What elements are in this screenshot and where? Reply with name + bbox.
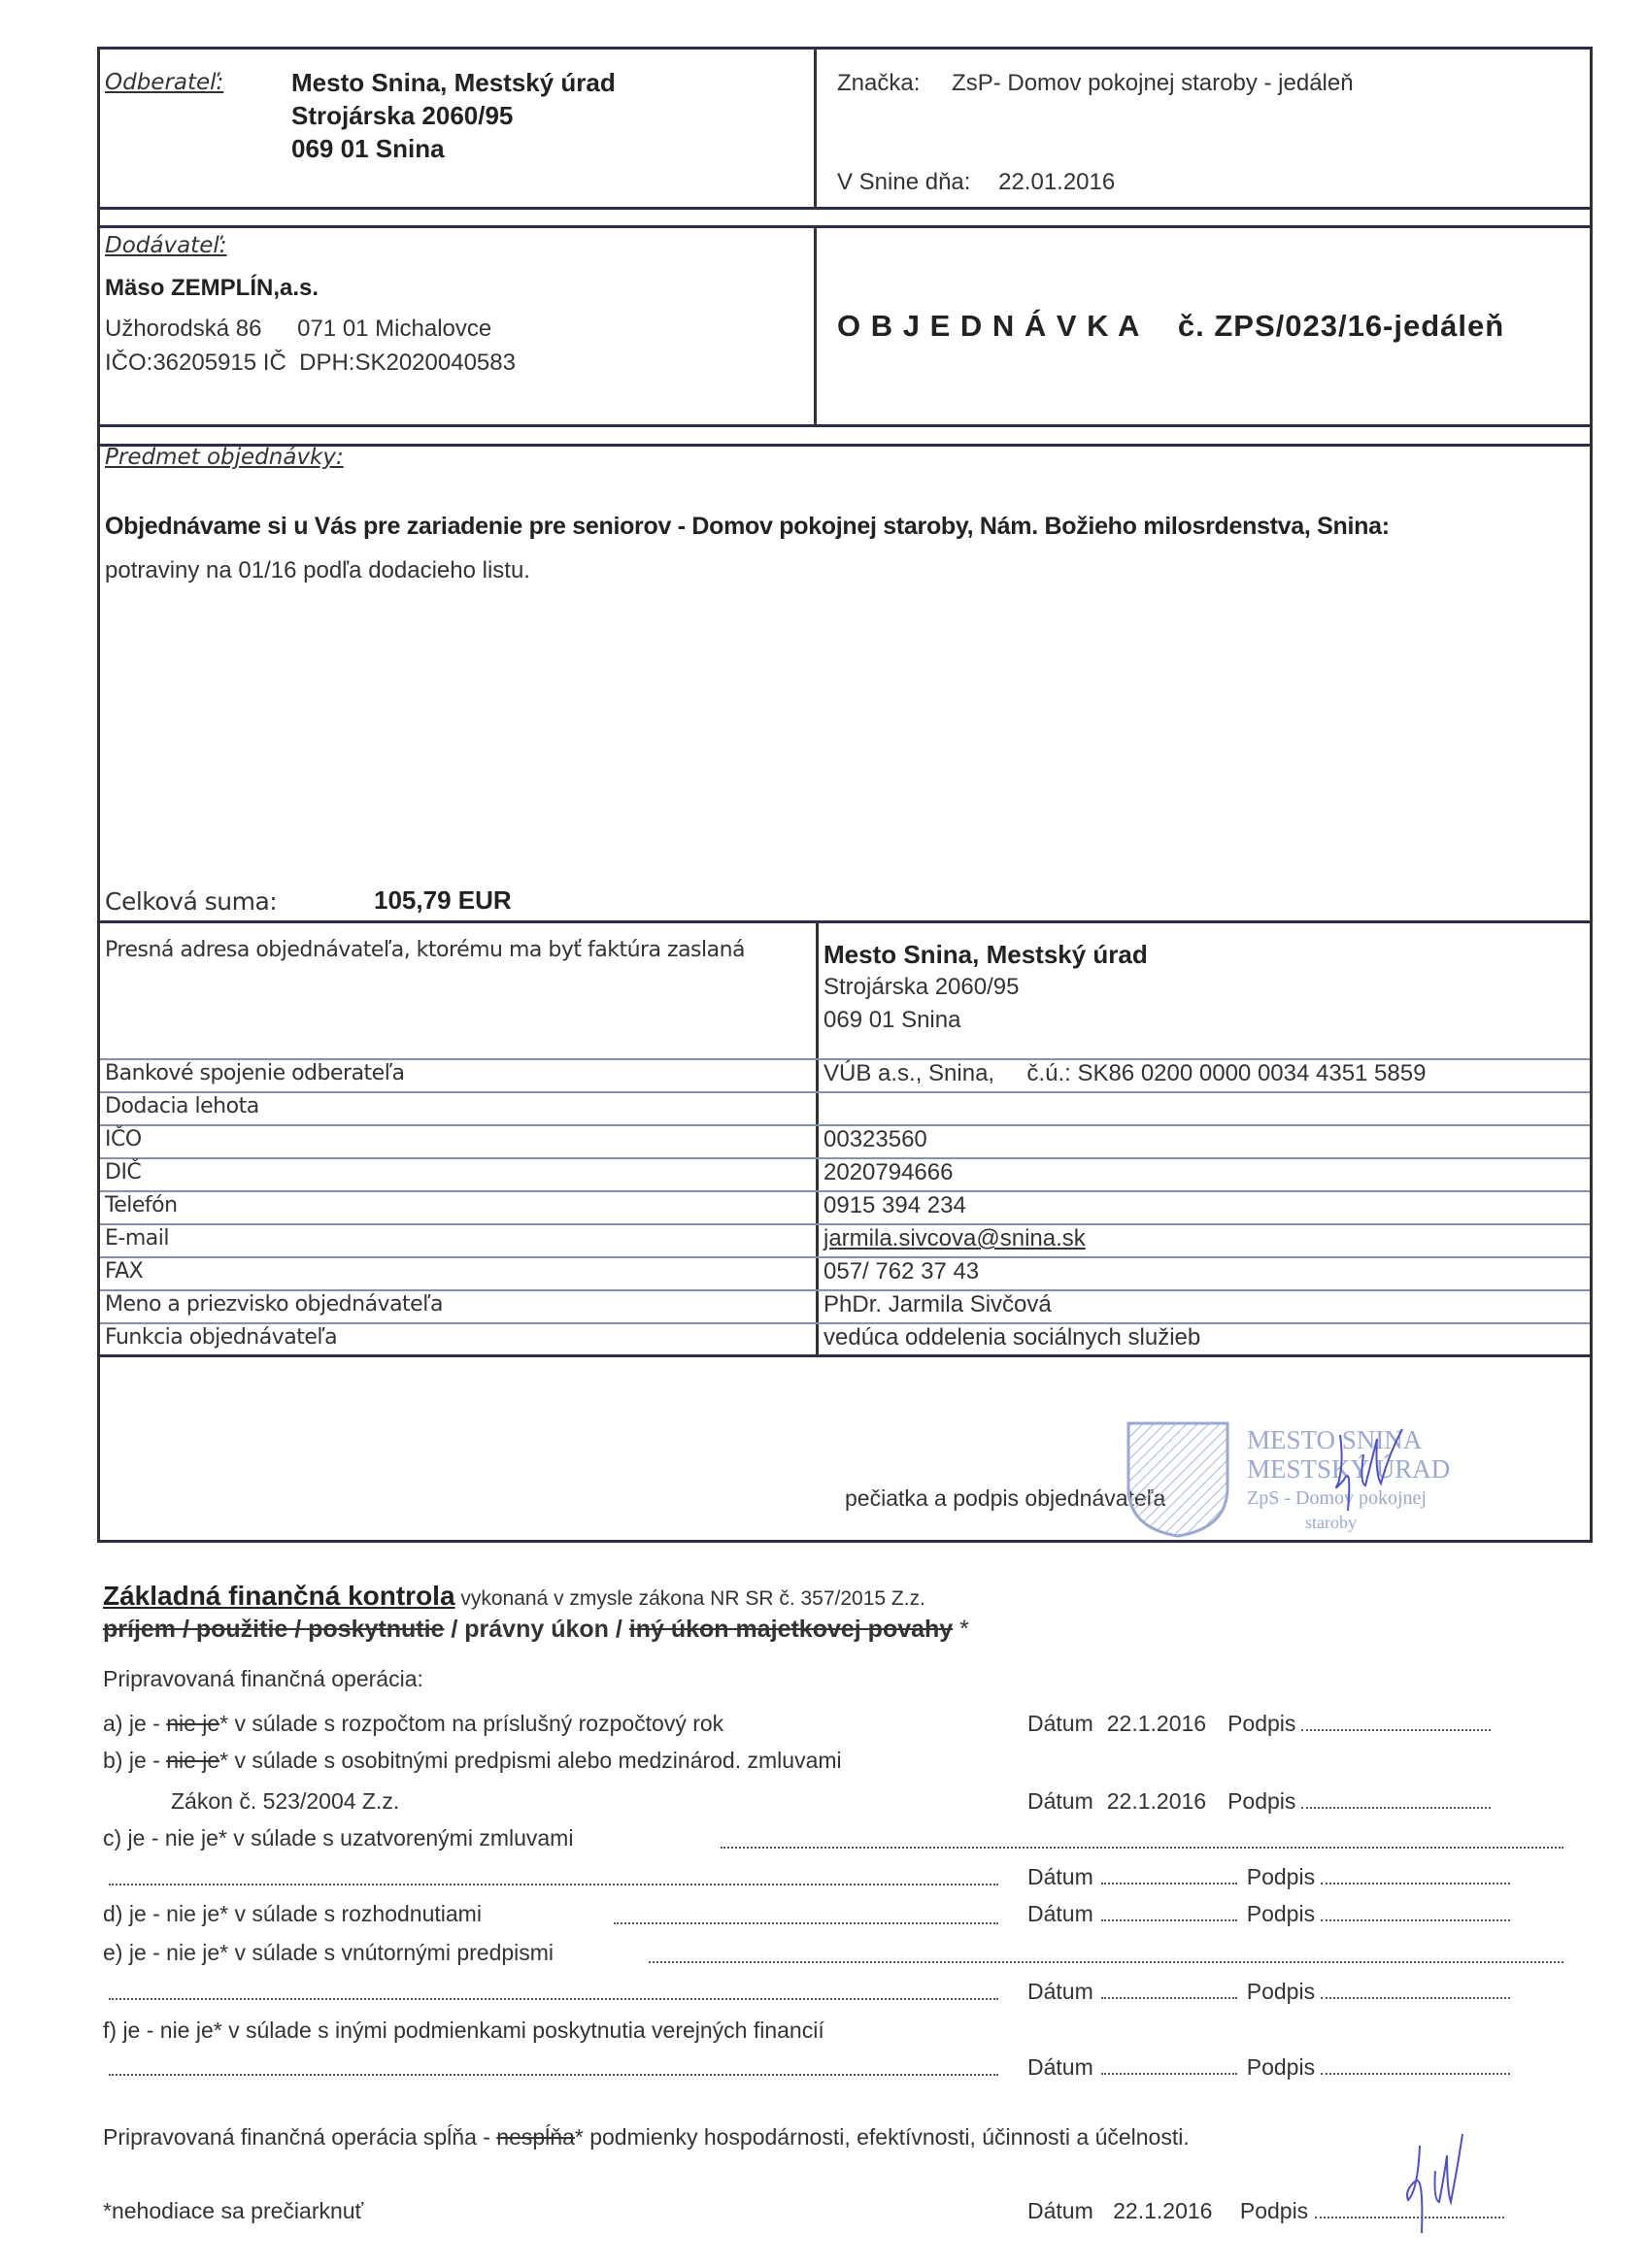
invoice-address-city: 069 01 Snina	[823, 1004, 1148, 1037]
signature-line[interactable]	[1321, 2055, 1510, 2075]
conclusion-post: * podmienky hospodárnosti, efektívnosti,…	[575, 2124, 1190, 2150]
item-prefix: f) je - nie je	[103, 2018, 214, 2043]
date-field[interactable]	[1101, 2055, 1237, 2075]
info-value: 0915 394 234	[823, 1192, 966, 1219]
conclusion-pre: Pripravovaná finančná operácia spĺňa -	[103, 2124, 496, 2150]
signature-line[interactable]	[1301, 1712, 1491, 1731]
date-row: V Snine dňa: 22.01.2016	[837, 169, 1115, 196]
signature-icon	[1330, 1425, 1418, 1518]
subject-label: Predmet objednávky:	[105, 445, 344, 470]
subject-text: potraviny na 01/16 podľa dodacieho listu…	[105, 557, 530, 584]
date-label: Dátum	[1027, 1864, 1093, 1889]
signature-line[interactable]	[1321, 1902, 1510, 1921]
supplier-address: Užhorodská 86 071 01 Michalovce	[105, 316, 491, 343]
mark-value: ZsP- Domov pokojnej staroby - jedáleň	[952, 70, 1354, 96]
item-text: * v súlade s osobitnými predpismi alebo …	[219, 1748, 841, 1773]
invoice-address-label: Presná adresa objednávateľa, ktorému ma …	[105, 938, 745, 962]
control-item: a) je - nie je* v súlade s rozpočtom na …	[103, 1711, 723, 1737]
row-divider	[100, 1091, 1590, 1093]
control-types-kept: / právny úkon /	[444, 1616, 628, 1643]
date-field[interactable]	[1101, 1902, 1237, 1921]
item-text: * v súlade s inými podmienkami poskytnut…	[214, 2018, 824, 2043]
final-date: 22.1.2016	[1113, 2198, 1212, 2223]
divider	[97, 225, 1593, 228]
item-prefix: c) je - nie je	[103, 1825, 218, 1851]
control-types: príjem / použitie / poskytnutie / právny…	[103, 1616, 969, 1644]
date-field[interactable]	[1101, 1865, 1237, 1884]
info-value: vedúca oddelenia sociálnych služieb	[823, 1324, 1200, 1351]
item-text: * v súlade s uzatvorenými zmluvami	[218, 1825, 574, 1851]
info-value: 00323560	[823, 1126, 927, 1153]
item-prefix: a) je -	[103, 1711, 166, 1736]
column-divider	[814, 47, 817, 209]
buyer-block: Mesto Snina, Mestský úrad Strojárska 206…	[291, 66, 616, 165]
sign-row: DátumPodpis	[1027, 1864, 1510, 1890]
supplier-ids: IČO:36205915 IČ DPH:SK2020040583	[105, 350, 516, 377]
sign-row: DátumPodpis	[1027, 1901, 1510, 1927]
date-label: V Snine dňa:	[837, 169, 970, 195]
date-label: Dátum	[1027, 1979, 1093, 2004]
buyer-name: Mesto Snina, Mestský úrad	[291, 66, 616, 99]
item-prefix: e) je - nie je	[103, 1940, 219, 1965]
info-value: PhDr. Jarmila Sivčová	[823, 1291, 1052, 1318]
total-label: Celková suma:	[105, 887, 277, 916]
conclusion-struck: nespĺňa	[496, 2124, 575, 2150]
item-sub: Zákon č. 523/2004 Z.z.	[171, 1788, 399, 1815]
item-text: * v súlade s rozhodnutiami	[219, 1901, 482, 1926]
date-field[interactable]	[1101, 1980, 1237, 1999]
order-title: O B J E D N Á V K A	[837, 309, 1139, 343]
date-label: Dátum	[1027, 1788, 1093, 1814]
date-label: Dátum	[1027, 2054, 1093, 2080]
supplier-name: Mäso ZEMPLÍN,a.s.	[105, 275, 319, 302]
info-label: IČO	[105, 1127, 142, 1151]
order-number: č. ZPS/023/16-jedáleň	[1178, 309, 1504, 343]
invoice-address: Mesto Snina, Mestský úrad Strojárska 206…	[823, 938, 1148, 1037]
dotted-line[interactable]	[721, 1829, 1563, 1849]
dotted-line[interactable]	[109, 1981, 998, 2000]
info-label: Bankové spojenie odberateľa	[105, 1061, 404, 1085]
info-label: Funkcia objednávateľa	[105, 1325, 337, 1350]
date-label: Dátum	[1027, 1711, 1093, 1736]
email-link[interactable]: jarmila.sivcova@snina.sk	[823, 1225, 1086, 1252]
control-item: b) je - nie je* v súlade s osobitnými pr…	[103, 1748, 842, 1774]
column-divider	[814, 225, 817, 426]
asterisk: *	[953, 1616, 969, 1643]
buyer-city: 069 01 Snina	[291, 132, 616, 165]
sign-label: Podpis	[1247, 1979, 1315, 2004]
dotted-line[interactable]	[614, 1905, 998, 1924]
buyer-label: Odberateľ:	[105, 70, 223, 95]
mark-label: Značka:	[837, 70, 920, 96]
signature-line[interactable]	[1301, 1789, 1491, 1809]
sign-row: DátumPodpis	[1027, 2054, 1510, 2081]
sign-label: Podpis	[1227, 1788, 1295, 1814]
dotted-line[interactable]	[109, 2056, 998, 2076]
total-value: 105,79 EUR	[374, 885, 512, 916]
control-title: Základná finančná kontrola	[103, 1581, 455, 1611]
control-prepared: Pripravovaná finančná operácia:	[103, 1666, 423, 1692]
control-item: f) je - nie je* v súlade s inými podmien…	[103, 2018, 824, 2044]
sign-label: Podpis	[1227, 1711, 1295, 1736]
date-value: 22.01.2016	[998, 169, 1115, 195]
info-label: Telefón	[105, 1193, 178, 1217]
order-heading: O B J E D N Á V K A č. ZPS/023/16-jedále…	[837, 309, 1504, 344]
control-title-row: Základná finančná kontrola vykonaná v zm…	[103, 1581, 925, 1612]
signature-line[interactable]	[1321, 1865, 1510, 1884]
invoice-address-name: Mesto Snina, Mestský úrad	[823, 938, 1148, 971]
subject-intro: Objednávame si u Vás pre zariadenie pre …	[105, 513, 1390, 541]
sign-label: Podpis	[1240, 2198, 1308, 2223]
sign-row: Dátum22.1.2016Podpis	[1027, 1788, 1491, 1815]
control-title-rest: vykonaná v zmysle zákona NR SR č. 357/20…	[455, 1587, 925, 1610]
info-label: FAX	[105, 1259, 143, 1284]
divider	[97, 47, 1593, 50]
footnote: *nehodiace sa prečiarknuť	[103, 2198, 363, 2224]
control-item: d) je - nie je* v súlade s rozhodnutiami	[103, 1901, 482, 1927]
control-item: e) je - nie je* v súlade s vnútornými pr…	[103, 1940, 554, 1966]
info-label: E-mail	[105, 1226, 169, 1251]
info-value: VÚB a.s., Snina, č.ú.: SK86 0200 0000 00…	[823, 1060, 1426, 1087]
control-conclusion: Pripravovaná finančná operácia spĺňa - n…	[103, 2124, 1190, 2151]
mark-row: Značka: ZsP- Domov pokojnej staroby - je…	[837, 70, 1354, 97]
date-label: Dátum	[1027, 2198, 1093, 2223]
sign-label: Podpis	[1247, 2054, 1315, 2080]
dotted-line[interactable]	[649, 1944, 1563, 1963]
supplier-city: 071 01 Michalovce	[297, 316, 491, 342]
sign-label: Podpis	[1247, 1864, 1315, 1889]
item-date: 22.1.2016	[1107, 1788, 1206, 1814]
sign-row: DátumPodpis	[1027, 1979, 1510, 2005]
info-label: Meno a priezvisko objednávateľa	[105, 1292, 443, 1317]
divider	[97, 1540, 1593, 1543]
divider	[97, 207, 1593, 210]
coat-of-arms-icon	[1125, 1419, 1231, 1538]
info-value: 057/ 762 37 43	[823, 1258, 979, 1285]
invoice-address-street: Strojárska 2060/95	[823, 971, 1148, 1004]
control-item: c) je - nie je* v súlade s uzatvorenými …	[103, 1825, 573, 1851]
control-types-struck: príjem / použitie / poskytnutie	[103, 1616, 444, 1643]
item-struck: nie je	[166, 1748, 219, 1773]
sign-label: Podpis	[1247, 1901, 1315, 1926]
item-struck: nie je	[166, 1711, 219, 1736]
dotted-line[interactable]	[109, 1866, 998, 1885]
divider	[97, 424, 1593, 427]
item-prefix: b) je -	[103, 1748, 166, 1773]
item-text: * v súlade s rozpočtom na príslušný rozp…	[219, 1711, 723, 1736]
divider	[97, 1354, 1593, 1357]
signature-icon	[1398, 2132, 1476, 2244]
info-value: 2020794666	[823, 1159, 953, 1186]
supplier-label: Dodávateľ:	[105, 233, 227, 258]
buyer-street: Strojárska 2060/95	[291, 99, 616, 132]
signature-line[interactable]	[1321, 1980, 1510, 1999]
date-label: Dátum	[1027, 1901, 1093, 1926]
item-date: 22.1.2016	[1107, 1711, 1206, 1736]
item-prefix: d) je - nie je	[103, 1901, 219, 1926]
supplier-street: Užhorodská 86	[105, 316, 261, 342]
control-types-struck: iný úkon majetkovej povahy	[629, 1616, 953, 1643]
item-text: * v súlade s vnútornými predpismi	[219, 1940, 554, 1965]
divider	[97, 920, 1593, 923]
stamp-caption: pečiatka a podpis objednávateľa	[845, 1485, 1165, 1512]
info-label: Dodacia lehota	[105, 1094, 259, 1118]
info-label: DIČ	[105, 1160, 141, 1184]
sign-row: Dátum22.1.2016Podpis	[1027, 1711, 1491, 1737]
